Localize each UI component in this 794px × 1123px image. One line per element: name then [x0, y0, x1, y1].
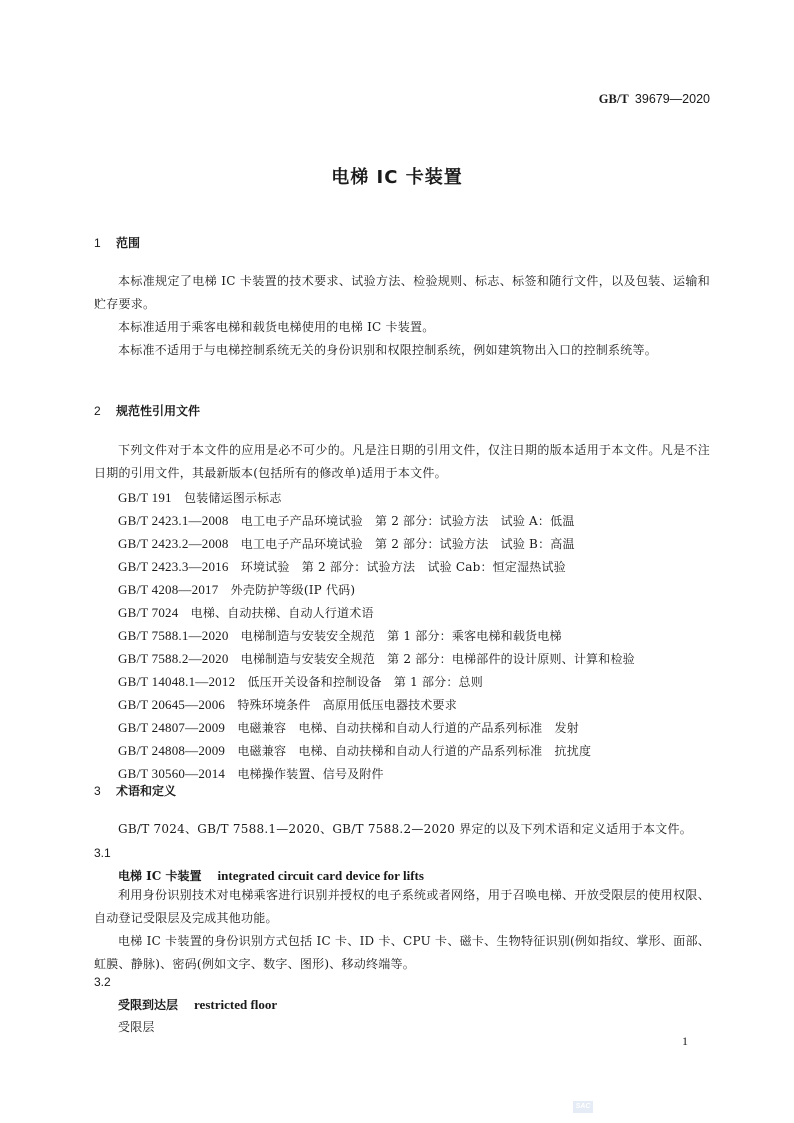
scope-paragraph-2: 本标准适用于乘客电梯和载货电梯使用的电梯 IC 卡装置。: [94, 316, 710, 339]
reference-title: 电磁兼容 电梯、自动扶梯和自动人行道的产品系列标准 发射: [237, 721, 579, 735]
reference-title: 低压开关设备和控制设备 第 1 部分：总则: [247, 675, 482, 689]
reference-item: GB/T 2423.3—2016 环境试验 第 2 部分：试验方法 试验 Cab…: [118, 558, 566, 575]
reference-code: GB/T 7588.2—2020: [118, 651, 229, 666]
term-note: 电梯 IC 卡装置的身份识别方式包括 IC 卡、ID 卡、CPU 卡、磁卡、生物…: [94, 930, 710, 976]
reference-code: GB/T 30560—2014: [118, 766, 225, 781]
term-number: 3.2: [94, 975, 111, 989]
reference-title: 电梯、自动扶梯、自动人行道术语: [191, 606, 374, 620]
reference-title: 电梯制造与安装安全规范 第 1 部分：乘客电梯和载货电梯: [241, 629, 562, 643]
reference-title: 外壳防护等级(IP 代码): [231, 583, 356, 597]
section-2-heading: 2规范性引用文件: [94, 402, 200, 419]
term-number: 3.1: [94, 846, 111, 860]
page-number: 1: [682, 1034, 688, 1049]
term-en: integrated circuit card device for lifts: [218, 868, 424, 883]
reference-code: GB/T 7024: [118, 605, 178, 620]
reference-code: GB/T 14048.1—2012: [118, 674, 235, 689]
reference-item: GB/T 24807—2009 电磁兼容 电梯、自动扶梯和自动人行道的产品系列标…: [118, 719, 579, 736]
reference-item: GB/T 7588.2—2020 电梯制造与安装安全规范 第 2 部分：电梯部件…: [118, 650, 635, 667]
reference-title: 电工电子产品环境试验 第 2 部分：试验方法 试验 A：低温: [241, 514, 575, 528]
reference-title: 电工电子产品环境试验 第 2 部分：试验方法 试验 B：高温: [241, 537, 575, 551]
scope-paragraph-3: 本标准不适用于与电梯控制系统无关的身份识别和权限控制系统，例如建筑物出入口的控制…: [94, 339, 710, 362]
reference-title: 特殊环境条件 高原用低压电器技术要求: [237, 698, 457, 712]
reference-code: GB/T 2423.3—2016: [118, 559, 229, 574]
standard-code: GB/T 39679—2020: [599, 92, 710, 107]
reference-code: GB/T 24807—2009: [118, 720, 225, 735]
reference-code: GB/T 20645—2006: [118, 697, 225, 712]
reference-code: GB/T 24808—2009: [118, 743, 225, 758]
reference-code: GB/T 2423.2—2008: [118, 536, 229, 551]
reference-code: GB/T 191: [118, 490, 172, 505]
reference-code: GB/T 7588.1—2020: [118, 628, 229, 643]
section-title: 术语和定义: [116, 784, 176, 798]
reference-item: GB/T 14048.1—2012 低压开关设备和控制设备 第 1 部分：总则: [118, 673, 483, 690]
section-title: 规范性引用文件: [116, 404, 200, 418]
term-heading: 受限到达层restricted floor: [118, 996, 277, 1013]
reference-code: GB/T 4208—2017: [118, 582, 218, 597]
reference-item: GB/T 2423.1—2008 电工电子产品环境试验 第 2 部分：试验方法 …: [118, 512, 575, 529]
reference-code: GB/T 2423.1—2008: [118, 513, 229, 528]
reference-title: 环境试验 第 2 部分：试验方法 试验 Cab：恒定湿热试验: [241, 560, 566, 574]
term-zh: 受限到达层: [118, 998, 178, 1012]
reference-title: 包装储运图示标志: [184, 491, 282, 505]
reference-item: GB/T 20645—2006 特殊环境条件 高原用低压电器技术要求: [118, 696, 457, 713]
section-number: 1: [94, 236, 116, 250]
reference-item: GB/T 7588.1—2020 电梯制造与安装安全规范 第 1 部分：乘客电梯…: [118, 627, 562, 644]
section-1-heading: 1范围: [94, 234, 140, 251]
term-en: restricted floor: [194, 997, 277, 1012]
section-title: 范围: [116, 236, 140, 250]
term-definition: 利用身份识别技术对电梯乘客进行识别并授权的电子系统或者网络，用于召唤电梯、开放受…: [94, 884, 710, 930]
term-heading: 电梯 IC 卡装置integrated circuit card device …: [118, 867, 424, 884]
scope-paragraph-1: 本标准规定了电梯 IC 卡装置的技术要求、试验方法、检验规则、标志、标签和随行文…: [94, 270, 710, 316]
section-3-heading: 3术语和定义: [94, 782, 176, 799]
reference-item: GB/T 4208—2017 外壳防护等级(IP 代码): [118, 581, 355, 598]
reference-item: GB/T 7024 电梯、自动扶梯、自动人行道术语: [118, 604, 374, 621]
term-zh: 电梯 IC 卡装置: [118, 869, 202, 883]
reference-item: GB/T 191 包装储运图示标志: [118, 489, 282, 506]
reference-item: GB/T 2423.2—2008 电工电子产品环境试验 第 2 部分：试验方法 …: [118, 535, 575, 552]
reference-title: 电梯制造与安装安全规范 第 2 部分：电梯部件的设计原则、计算和检验: [241, 652, 635, 666]
document-title: 电梯 IC 卡装置: [0, 163, 794, 189]
reference-item: GB/T 30560—2014 电梯操作装置、信号及附件: [118, 765, 384, 782]
reference-item: GB/T 24808—2009 电磁兼容 电梯、自动扶梯和自动人行道的产品系列标…: [118, 742, 591, 759]
references-intro: 下列文件对于本文件的应用是必不可少的。凡是注日期的引用文件，仅注日期的版本适用于…: [94, 439, 710, 485]
section-number: 3: [94, 784, 116, 798]
reference-title: 电磁兼容 电梯、自动扶梯和自动人行道的产品系列标准 抗扰度: [237, 744, 591, 758]
term-synonym: 受限层: [118, 1018, 155, 1035]
section-number: 2: [94, 404, 116, 418]
standard-prefix: GB/T: [599, 92, 629, 106]
standard-number: 39679—2020: [635, 92, 710, 106]
sac-watermark-icon: SAC: [573, 1101, 593, 1113]
reference-title: 电梯操作装置、信号及附件: [237, 767, 383, 781]
terms-intro: GB/T 7024、GB/T 7588.1—2020、GB/T 7588.2—2…: [94, 818, 710, 841]
